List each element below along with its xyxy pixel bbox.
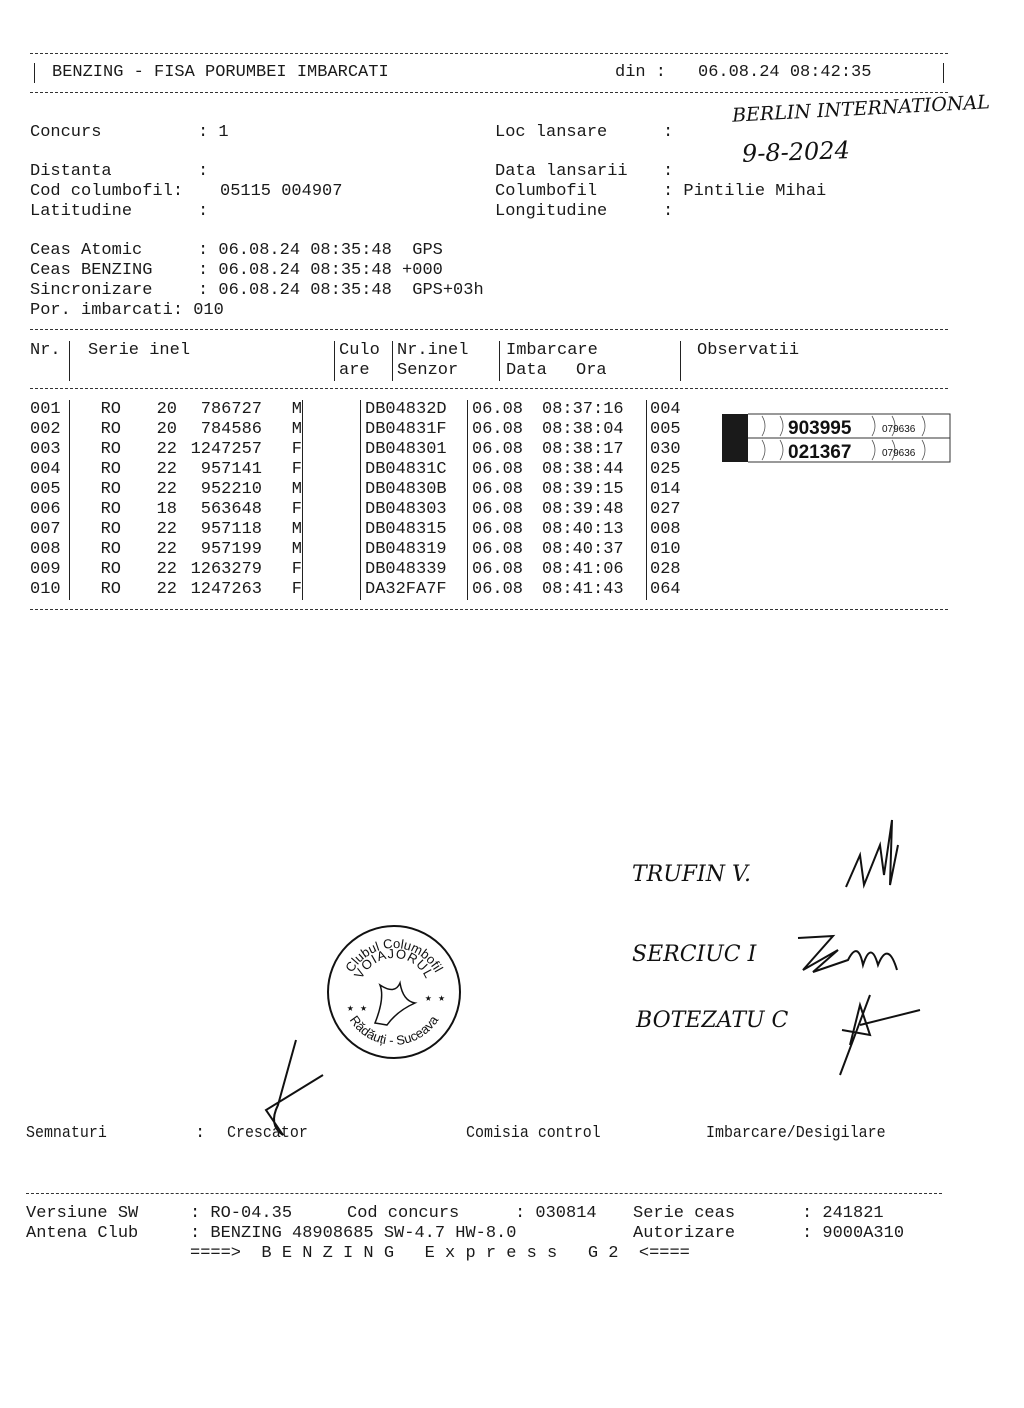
footer-rule <box>26 1193 942 1194</box>
row-observatii: 030 <box>650 440 690 460</box>
pigeon-table: 001RO20786727MDB04832D06.0808:37:1600400… <box>30 400 690 600</box>
row-ring: 952210 <box>177 480 262 500</box>
row-culoare <box>307 540 360 560</box>
latitudine-label: Latitudine <box>30 202 132 222</box>
row-year: 22 <box>121 580 177 600</box>
col-header-nr: Nr. <box>30 341 61 361</box>
row-time: 08:41:06 <box>542 560 646 580</box>
row-year: 22 <box>121 460 177 480</box>
row-year: 20 <box>121 420 177 440</box>
row-date: 06.08 <box>472 440 542 460</box>
row-observatii: 005 <box>650 420 690 440</box>
distanta-label: Distanta <box>30 162 112 182</box>
row-year: 22 <box>121 440 177 460</box>
row-culoare <box>307 440 360 460</box>
row-ring: 563648 <box>177 500 262 520</box>
row-time: 08:37:16 <box>542 400 646 420</box>
row-nr: 002 <box>30 420 69 440</box>
row-sex: F <box>262 500 302 520</box>
row-sensor: DB048315 <box>365 520 467 540</box>
table-row: 007RO22957118MDB04831506.0808:40:13008 <box>30 520 690 540</box>
row-country: RO <box>71 460 121 480</box>
handwritten-name-1: TRUFIN V. <box>632 862 751 887</box>
longitudine-colon: : <box>663 202 673 222</box>
row-nr: 007 <box>30 520 69 540</box>
row-ring: 957118 <box>177 520 262 540</box>
printed-label-din: din : <box>615 63 666 83</box>
row-country: RO <box>71 440 121 460</box>
row-ring: 957199 <box>177 540 262 560</box>
row-culoare <box>307 500 360 520</box>
svg-text:903995: 903995 <box>788 418 852 439</box>
row-sex: F <box>262 440 302 460</box>
semnaturi-label: Semnaturi <box>26 1124 107 1144</box>
row-sex: M <box>262 520 302 540</box>
row-sex: F <box>262 560 302 580</box>
row-country: RO <box>71 500 121 520</box>
header-top-rule <box>30 53 948 54</box>
row-observatii: 028 <box>650 560 690 580</box>
row-sensor: DB04831F <box>365 420 467 440</box>
versiune-sw-label: Versiune SW <box>26 1204 138 1224</box>
semnaturi-colon: : <box>195 1124 205 1144</box>
col-divider <box>680 341 681 381</box>
col-divider <box>69 341 70 381</box>
row-date: 06.08 <box>472 540 542 560</box>
header-right-bar <box>943 63 944 83</box>
benzing-express-banner: ====> B E N Z I N G E x p r e s s G 2 <=… <box>190 1244 690 1264</box>
columbofil-value: : Pintilie Mihai <box>663 182 826 202</box>
table-row: 004RO22957141FDB04831C06.0808:38:44025 <box>30 460 690 480</box>
table-row: 002RO20784586MDB04831F06.0808:38:04005 <box>30 420 690 440</box>
row-country: RO <box>71 400 121 420</box>
table-row: 001RO20786727MDB04832D06.0808:37:16004 <box>30 400 690 420</box>
row-year: 22 <box>121 560 177 580</box>
table-row: 009RO221263279FDB04833906.0808:41:06028 <box>30 560 690 580</box>
cod-columbofil-label: Cod columbofil: <box>30 182 183 202</box>
row-observatii: 014 <box>650 480 690 500</box>
row-date: 06.08 <box>472 560 542 580</box>
row-time: 08:39:48 <box>542 500 646 520</box>
row-nr: 009 <box>30 560 69 580</box>
col-divider <box>334 341 335 381</box>
ceas-benzing-value: : 06.08.24 08:35:48 +000 <box>198 261 443 281</box>
row-country: RO <box>71 480 121 500</box>
col-header-imbarcare: Imbarcare <box>506 341 598 361</box>
row-date: 06.08 <box>472 400 542 420</box>
autorizare-value: : 9000A310 <box>802 1224 904 1244</box>
svg-text:079636: 079636 <box>882 448 916 459</box>
svg-text:021367: 021367 <box>788 442 851 463</box>
loc-lansare-colon: : <box>663 123 673 143</box>
col-header-ora: Ora <box>576 361 607 381</box>
row-culoare <box>307 520 360 540</box>
row-sex: M <box>262 480 302 500</box>
club-stamp: Clubul Columbofil VOIAJORUL Rădăuți - Su… <box>325 923 463 1061</box>
row-observatii: 027 <box>650 500 690 520</box>
row-sensor: DA32FA7F <box>365 580 467 600</box>
row-time: 08:38:04 <box>542 420 646 440</box>
ceas-atomic-label: Ceas Atomic <box>30 241 142 261</box>
cod-concurs-value: : 030814 <box>515 1204 597 1224</box>
row-sensor: DB048339 <box>365 560 467 580</box>
row-ring: 1247257 <box>177 440 262 460</box>
ceas-benzing-label: Ceas BENZING <box>30 261 152 281</box>
table-bottom-rule <box>30 609 948 610</box>
row-nr: 008 <box>30 540 69 560</box>
concurs-label: Concurs <box>30 123 101 143</box>
row-culoare <box>307 420 360 440</box>
signature-scribble-1 <box>840 815 920 895</box>
row-date: 06.08 <box>472 580 542 600</box>
serie-ceas-label: Serie ceas <box>633 1204 735 1224</box>
row-country: RO <box>71 520 121 540</box>
row-culoare <box>307 480 360 500</box>
col-header-culoare-1: Culo <box>339 341 380 361</box>
row-date: 06.08 <box>472 520 542 540</box>
row-observatii: 010 <box>650 540 690 560</box>
row-ring: 786727 <box>177 400 262 420</box>
table-row: 010RO221247263FDA32FA7F06.0808:41:43064 <box>30 580 690 600</box>
row-country: RO <box>71 420 121 440</box>
row-country: RO <box>71 580 121 600</box>
versiune-sw-value: : RO-04.35 <box>190 1204 292 1224</box>
row-sensor: DB04830B <box>365 480 467 500</box>
table-top-rule <box>30 329 948 330</box>
handwritten-name-3: BOTEZATU C <box>636 1008 788 1033</box>
row-sensor: DB048319 <box>365 540 467 560</box>
col-header-nrinel-2: Senzor <box>397 361 458 381</box>
printed-timestamp: 06.08.24 08:42:35 <box>698 63 871 83</box>
row-sex: F <box>262 580 302 600</box>
data-lansarii-colon: : <box>663 162 673 182</box>
serie-ceas-value: : 241821 <box>802 1204 884 1224</box>
row-time: 08:40:37 <box>542 540 646 560</box>
row-sensor: DB04832D <box>365 400 467 420</box>
concurs-value: : 1 <box>198 123 229 143</box>
col-header-culoare-2: are <box>339 361 370 381</box>
col-header-nrinel-1: Nr.inel <box>397 341 468 361</box>
signature-scribble-2 <box>793 930 913 980</box>
latitudine-colon: : <box>198 202 208 222</box>
col-divider <box>499 341 500 381</box>
row-ring: 784586 <box>177 420 262 440</box>
ceas-atomic-value: : 06.08.24 08:35:48 GPS <box>198 241 443 261</box>
sincronizare-value: : 06.08.24 08:35:48 GPS+03h <box>198 281 484 301</box>
row-country: RO <box>71 560 121 580</box>
row-year: 20 <box>121 400 177 420</box>
table-row: 003RO221247257FDB04830106.0808:38:17030 <box>30 440 690 460</box>
row-culoare <box>307 560 360 580</box>
row-observatii: 004 <box>650 400 690 420</box>
row-time: 08:38:17 <box>542 440 646 460</box>
row-nr: 010 <box>30 580 69 600</box>
row-nr: 004 <box>30 460 69 480</box>
cod-concurs-label: Cod concurs <box>347 1204 459 1224</box>
antena-club-value: : BENZING 48908685 SW-4.7 HW-8.0 <box>190 1224 516 1244</box>
row-culoare <box>307 400 360 420</box>
row-observatii: 064 <box>650 580 690 600</box>
autorizare-label: Autorizare <box>633 1224 735 1244</box>
antena-club-label: Antena Club <box>26 1224 138 1244</box>
col-divider <box>392 341 393 381</box>
row-sensor: DB04831C <box>365 460 467 480</box>
row-observatii: 025 <box>650 460 690 480</box>
table-row: 006RO18563648FDB04830306.0808:39:48027 <box>30 500 690 520</box>
row-date: 06.08 <box>472 480 542 500</box>
row-sex: M <box>262 540 302 560</box>
row-year: 22 <box>121 480 177 500</box>
row-sex: M <box>262 400 302 420</box>
row-nr: 003 <box>30 440 69 460</box>
row-time: 08:39:15 <box>542 480 646 500</box>
row-culoare <box>307 460 360 480</box>
loc-lansare-label: Loc lansare <box>495 123 607 143</box>
svg-text:★ ★: ★ ★ <box>425 993 445 1005</box>
data-lansarii-label: Data lansarii <box>495 162 628 182</box>
row-time: 08:41:43 <box>542 580 646 600</box>
row-date: 06.08 <box>472 420 542 440</box>
row-sensor: DB048303 <box>365 500 467 520</box>
cod-columbofil-value: 05115 004907 <box>220 182 342 202</box>
table-row: 005RO22952210MDB04830B06.0808:39:15014 <box>30 480 690 500</box>
handwritten-release-date: 9-8-2024 <box>742 136 851 168</box>
row-ring: 1263279 <box>177 560 262 580</box>
row-time: 08:40:13 <box>542 520 646 540</box>
longitudine-label: Longitudine <box>495 202 607 222</box>
row-culoare <box>307 580 360 600</box>
row-sex: M <box>262 420 302 440</box>
columbofil-label: Columbofil <box>495 182 597 202</box>
row-sensor: DB048301 <box>365 440 467 460</box>
porumbei-imbarcati-label: Por. imbarcati: 010 <box>30 301 224 321</box>
row-nr: 006 <box>30 500 69 520</box>
document-title: BENZING - FISA PORUMBEI IMBARCATI <box>52 63 389 83</box>
signature-crescator: Crescator <box>227 1124 308 1144</box>
signature-comisia-control: Comisia control <box>466 1124 601 1144</box>
row-ring: 957141 <box>177 460 262 480</box>
row-year: 22 <box>121 540 177 560</box>
row-observatii: 008 <box>650 520 690 540</box>
signature-scribble-3 <box>830 985 930 1080</box>
handwritten-name-2: SERCIUC I <box>632 942 756 967</box>
header-bottom-rule <box>30 92 948 93</box>
row-year: 18 <box>121 500 177 520</box>
col-header-serie: Serie inel <box>88 341 190 361</box>
svg-text:★ ★: ★ ★ <box>347 1003 367 1015</box>
row-ring: 1247263 <box>177 580 262 600</box>
signature-imbarcare-desigilare: Imbarcare/Desigilare <box>706 1124 886 1144</box>
sincronizare-label: Sincronizare <box>30 281 152 301</box>
row-year: 22 <box>121 520 177 540</box>
table-header-rule <box>30 388 948 389</box>
row-country: RO <box>71 540 121 560</box>
row-nr: 001 <box>30 400 69 420</box>
svg-text:079636: 079636 <box>882 424 916 435</box>
row-nr: 005 <box>30 480 69 500</box>
row-date: 06.08 <box>472 460 542 480</box>
distanta-colon: : <box>198 162 208 182</box>
col-header-observatii: Observatii <box>697 341 799 361</box>
col-header-data: Data <box>506 361 547 381</box>
header-left-bar <box>34 63 35 83</box>
row-sex: F <box>262 460 302 480</box>
handwritten-release-place: BERLIN INTERNATIONAL <box>732 91 991 126</box>
table-row: 008RO22957199MDB04831906.0808:40:37010 <box>30 540 690 560</box>
row-time: 08:38:44 <box>542 460 646 480</box>
seal-label-strips: 903995 079636 021367 079636 <box>722 412 954 464</box>
row-date: 06.08 <box>472 500 542 520</box>
